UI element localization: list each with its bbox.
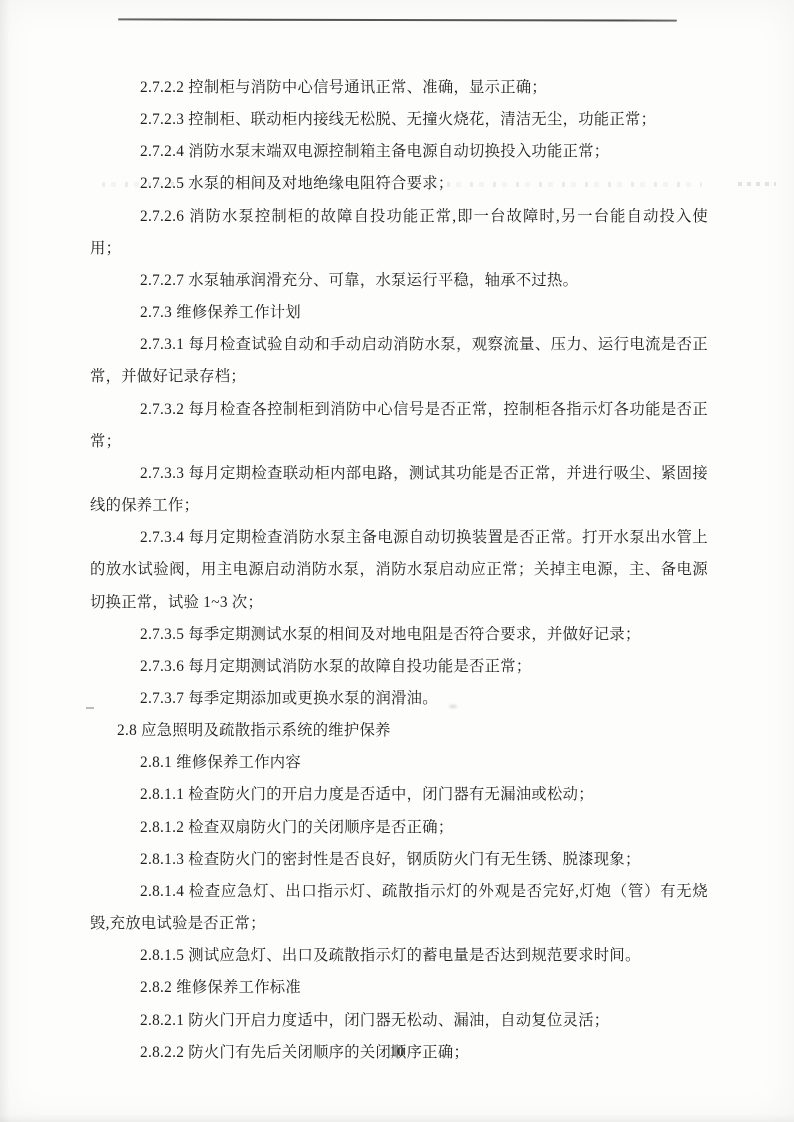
paragraph: 2.8.1.4 检查应急灯、出口指示灯、疏散指示灯的外观是否完好,灯炮（管）有无…: [90, 876, 708, 940]
paragraph: 2.7.3.3 每月定期检查联动柜内部电路，测试其功能是否正常，并进行吸尘、紧固…: [90, 458, 708, 522]
scan-edge-shading-left: [0, 0, 10, 1122]
paragraph: 2.7.2.5 水泵的相间及对地绝缘电阻符合要求；: [90, 168, 708, 200]
paragraph: 2.7.3.4 每月定期检查消防水泵主备电源自动切换装置是否正常。打开水泵出水管…: [90, 522, 708, 618]
paragraph: 2.7.2.3 控制柜、联动柜内接线无松脱、无撞火烧花，清洁无尘，功能正常；: [90, 104, 708, 136]
paragraph: 2.8.2 维修保养工作标准: [90, 972, 708, 1004]
document-body: 2.7.2.2 控制柜与消防中心信号通讯正常、准确，显示正确；2.7.2.3 控…: [90, 72, 708, 1069]
paragraph: 2.7.3.6 每月定期测试消防水泵的故障自投功能是否正常；: [90, 651, 708, 683]
paragraph: 2.7.3.5 每季定期测试水泵的相间及对地电阻是否符合要求，并做好记录；: [90, 619, 708, 651]
paragraph: 2.8.1.3 检查防火门的密封性是否良好，钢质防火门有无生锈、脱漆现象；: [90, 844, 708, 876]
page-number: 10: [0, 1044, 794, 1061]
paragraph: 2.8.1.5 测试应急灯、出口及疏散指示灯的蓄电量是否达到规范要求时间。: [90, 940, 708, 972]
paragraph: 2.7.2.6 消防水泵控制柜的故障自投功能正常,即一台故障时,另一台能自动投入…: [90, 201, 708, 265]
scan-speckle-right: [738, 182, 776, 186]
paragraph: 2.7.3.1 每月检查试验自动和手动启动消防水泵，观察流量、压力、运行电流是否…: [90, 329, 708, 393]
paragraph: 2.8.1.2 检查双扇防火门的关闭顺序是否正确；: [90, 812, 708, 844]
scan-edge-shading-bottom: [0, 1114, 794, 1122]
paragraph: 2.7.3.7 每季定期添加或更换水泵的润滑油。: [90, 683, 708, 715]
paragraph: 2.8.2.1 防火门开启力度适中，闭门器无松动、漏油，自动复位灵活；: [90, 1005, 708, 1037]
paragraph: 2.8.1.1 检查防火门的开启力度是否适中，闭门器有无漏油或松动；: [90, 779, 708, 811]
paragraph: 2.7.2.7 水泵轴承润滑充分、可靠，水泵运行平稳，轴承不过热。: [90, 265, 708, 297]
paragraph: 2.8.1 维修保养工作内容: [90, 747, 708, 779]
paragraph: 2.7.2.4 消防水泵末端双电源控制箱主备电源自动切换投入功能正常；: [90, 136, 708, 168]
document-page: 2.7.2.2 控制柜与消防中心信号通讯正常、准确，显示正确；2.7.2.3 控…: [0, 0, 794, 1122]
paragraph: 2.7.3.2 每月检查各控制柜到消防中心信号是否正常，控制柜各指示灯各功能是否…: [90, 394, 708, 458]
paragraph: 2.8 应急照明及疏散指示系统的维护保养: [90, 715, 708, 747]
paragraph: 2.7.3 维修保养工作计划: [90, 297, 708, 329]
paragraph: 2.7.2.2 控制柜与消防中心信号通讯正常、准确，显示正确；: [90, 72, 708, 104]
scan-top-rule: [118, 18, 677, 21]
